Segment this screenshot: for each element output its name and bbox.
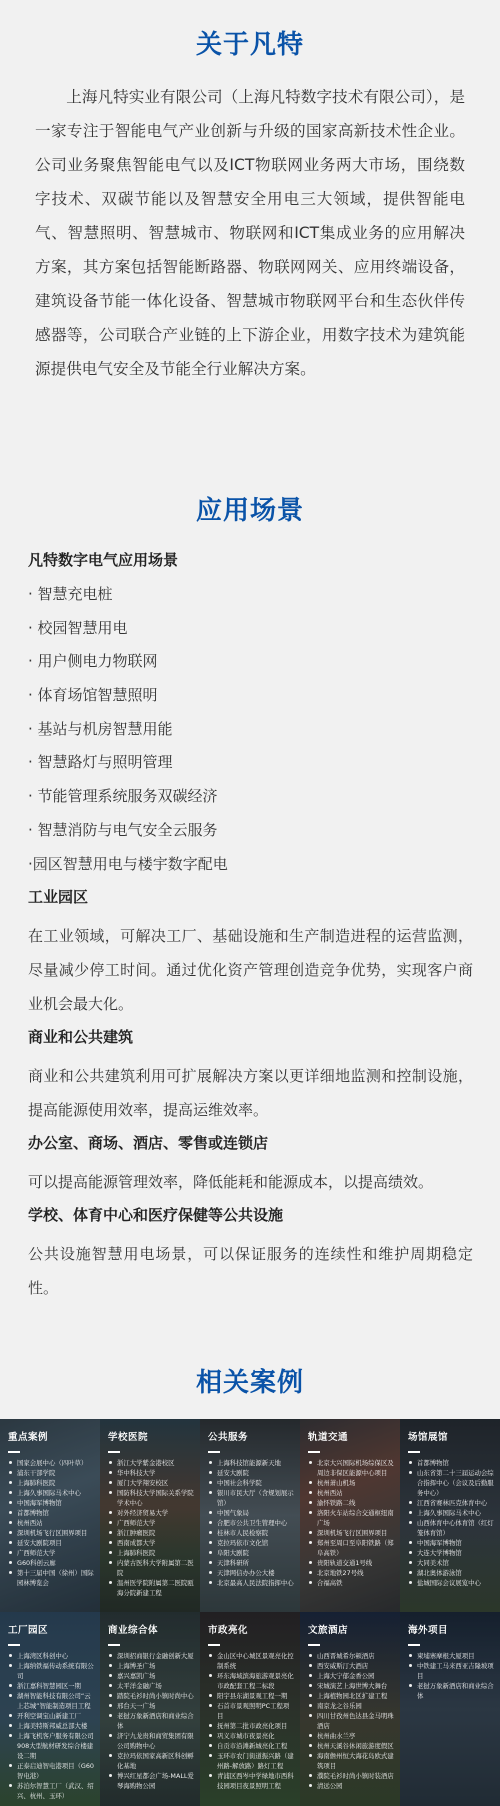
case-list-item: 天津科研所 (208, 1558, 294, 1568)
case-list-item: 首都博物馆 (408, 1458, 494, 1468)
application-bullet: · 智慧充电桩 (28, 582, 473, 616)
case-card-commercial-complex: 商业综合体深圳招商银行金融创新大厦上海博圣广场嘉兴嘉凯广场太平洋金融广场踏院毛衫… (100, 1612, 200, 1806)
case-list-item: 济宁九龙贵和商贸集团有限公司购物中心 (108, 1731, 194, 1751)
case-category-title: 重点案例 (8, 1429, 94, 1443)
case-list-item: 广西师范大学 (8, 1548, 94, 1558)
case-card-schools-hospitals: 学校医院浙江大学紫金港校区华中科技大学厦门大学翔安校区国防科技大学国际关系学院学… (100, 1419, 200, 1612)
case-list-item: 合肥市公共卫生管理中心 (208, 1518, 294, 1528)
divider (408, 1451, 420, 1453)
case-list-item: 厦门大学翔安校区 (108, 1478, 194, 1488)
case-list-item: 贵阳轨道交通1号线 (308, 1558, 394, 1568)
case-list-item: 国家会展中心（四叶草） (8, 1458, 94, 1468)
case-list-item: 阜阳大剧院 (208, 1548, 294, 1558)
case-list-item: 延安大剧院 (208, 1468, 294, 1478)
case-list-item: 北京最高人民法院指挥中心 (208, 1578, 294, 1588)
case-list-item: 杭州萧山机场 (308, 1478, 394, 1488)
case-list-item: 上海久事国际马术中心 (408, 1508, 494, 1518)
case-card-key-cases: 重点案例国家会展中心（四叶草）浦东干部学院上海肺科医院上海久事国际马术中心中国海… (0, 1419, 100, 1612)
application-bullet: · 用户侧电力物联网 (28, 649, 473, 683)
application-bullet: · 节能管理系统服务双碳经济 (28, 784, 473, 818)
case-list-item: 上海植物园北区扩建工程 (308, 1691, 394, 1701)
application-bullet: · 校园智慧用电 (28, 616, 473, 650)
application-bullet: · 体育场馆智慧照明 (28, 683, 473, 717)
case-list-item: 宋城演艺上海世博大舞台 (308, 1681, 394, 1691)
case-list-item: 苏泊尔智慧工厂（武汉、绍兴、杭州、玉环） (8, 1781, 94, 1801)
case-list-item: 山西体育中心体育馆（红灯笼体育馆） (408, 1518, 494, 1538)
case-card-venues-exhibitions: 场馆展馆首都博物馆山东省第二十三届运动会综合指挥中心（会议及后勤服务中心）江西省… (400, 1419, 500, 1612)
case-list-item: 杭州天溪谷休闲旅游度假区 (308, 1741, 394, 1751)
cases-section-title: 相关案例 (0, 1362, 500, 1399)
case-list-item: 广西师范大学 (108, 1518, 194, 1528)
scenario-text-office-retail: 可以提高能源管理效率，降低能耗和能源成本，以提高绩效。 (28, 1165, 473, 1199)
case-list-item: 湖州智能科技有限公司“云上芯城”智能制造项目工程 (8, 1691, 94, 1711)
case-list-item: 中国海军博物馆 (8, 1498, 94, 1508)
case-list-item: 博兴红星都会广场-MALL爱琴海购物公园 (108, 1771, 194, 1791)
case-list-item: 深圳机场飞行区围界项目 (8, 1528, 94, 1538)
case-list-item: 上海肺科医院 (8, 1478, 94, 1488)
case-list-item: 大同美术馆 (408, 1558, 494, 1568)
case-list-item: 西安威斯汀大酒店 (308, 1661, 394, 1671)
case-list-item: 桂林市人民检察院 (208, 1528, 294, 1538)
application-bullet: ·园区智慧用电与楼宇数字配电 (28, 852, 473, 886)
case-list-item: 上海纳铁福传动系统有限公司 (8, 1661, 94, 1681)
scenario-text-commercial: 商业和公共建筑利用可扩展解决方案以更详细地监测和控制设施，提高能源使用效率，提高… (28, 1059, 473, 1127)
case-list-item: 洛阳火车站综合交通枢纽南广场 (308, 1508, 394, 1528)
cases-grid: 重点案例国家会展中心（四叶草）浦东干部学院上海肺科医院上海久事国际马术中心中国海… (0, 1419, 500, 1806)
case-list-item: 老挝万象新酒店和商业综合体 (108, 1711, 194, 1731)
applications-subtitle: 凡特数字电气应用场景 (28, 548, 473, 582)
about-section-title: 关于凡特 (0, 24, 500, 61)
case-list-item: 中铁建工马来西亚吉隆坡项目 (408, 1661, 494, 1681)
case-list-item: 阳宇县东湖景观工程一期 (208, 1691, 294, 1701)
scenario-heading-industrial: 工业园区 (28, 885, 473, 919)
case-list-item: 温州医学院附属第二医院瓯海分院新建工程 (108, 1578, 194, 1598)
case-list-item: 北京地铁27号线 (308, 1568, 394, 1578)
case-list-item: 自贡市沿滩新城亮化工程 (208, 1741, 294, 1751)
case-list-item: 延安大剧院项目 (8, 1538, 94, 1548)
case-card-public-services: 公共服务上海科技馆能源新天地延安大剧院中国社会科学院银川市民大厅（含规划展示馆）… (200, 1419, 300, 1612)
case-list-item: 浙江肿瘤医院 (108, 1528, 194, 1538)
case-list-item: 大连大学博物馆 (408, 1548, 494, 1558)
scenario-text-industrial: 在工业领域，可解决工厂、基础设施和生产制造进程的运营监测，尽量减少停工时间。通过… (28, 919, 473, 1021)
case-list-item: 正泰启迪智电港项目（G60智电港） (8, 1761, 94, 1781)
case-card-culture-tourism-hotels: 文旅酒店山西晋城希尔顿酒店西安威斯汀大酒店上海大宁郁金香公园宋城演艺上海世博大舞… (300, 1612, 400, 1806)
case-list-item: 上海大宁郁金香公园 (308, 1671, 394, 1681)
case-list: 金山区中心城区景观亮化控制系统环东海域滨海旅游观景亮化市政配套工程二标段阳宇县东… (208, 1651, 294, 1791)
case-list-item: 上海科技馆能源新天地 (208, 1458, 294, 1468)
case-list-item: 克拉玛依市文化馆 (208, 1538, 294, 1548)
divider (108, 1644, 120, 1646)
case-category-title: 工厂园区 (8, 1622, 94, 1636)
case-list: 国家会展中心（四叶草）浦东干部学院上海肺科医院上海久事国际马术中心中国海军博物馆… (8, 1458, 94, 1588)
case-list-item: 巩义市城市夜景亮化 (208, 1731, 294, 1741)
case-list: 上海科技馆能源新天地延安大剧院中国社会科学院银川市民大厅（含规划展示馆）中国气象… (208, 1458, 294, 1588)
case-list: 山西晋城希尔顿酒店西安威斯汀大酒店上海大宁郁金香公园宋城演艺上海世博大舞台上海植… (308, 1651, 394, 1791)
case-list-item: 杭州西站 (8, 1518, 94, 1528)
case-list: 深圳招商银行金融创新大厦上海博圣广场嘉兴嘉凯广场太平洋金融广场踏院毛衫时尚小镇时… (108, 1651, 194, 1791)
case-list-item: 对外经济贸易大学 (108, 1508, 194, 1518)
case-list-item: 清远公园 (308, 1781, 394, 1791)
case-category-title: 商业综合体 (108, 1622, 194, 1636)
applications-section-title: 应用场景 (0, 490, 500, 527)
case-list: 柬埔寨摩根大厦项目中铁建工马来西亚吉隆坡项目老挝万象新酒店和商业综合体 (408, 1651, 494, 1701)
case-list-item: 上海博圣广场 (108, 1661, 194, 1671)
case-list-item: 南京龙之谷乐园 (308, 1701, 394, 1711)
scenario-heading-commercial: 商业和公共建筑 (28, 1025, 473, 1059)
case-category-title: 学校医院 (108, 1429, 194, 1443)
case-list-item: 山西晋城希尔顿酒店 (308, 1651, 394, 1661)
case-list-item: 山东省第二十三届运动会综合指挥中心（会议及后勤服务中心） (408, 1468, 494, 1498)
case-list-item: 老挝万象新酒店和商业综合体 (408, 1681, 494, 1701)
divider (308, 1451, 320, 1453)
case-list-item: 抚州第二批市政亮化项目 (208, 1721, 294, 1731)
case-card-factory-parks: 工厂园区上海湾区科创中心上海纳铁福传动系统有限公司浙江嘉科智慧园区一期湖州智能科… (0, 1612, 100, 1806)
case-list: 上海湾区科创中心上海纳铁福传动系统有限公司浙江嘉科智慧园区一期湖州智能科技有限公… (8, 1651, 94, 1801)
case-list-item: 濮院毛衫时尚小镇时装酒店 (308, 1771, 394, 1781)
case-category-title: 场馆展馆 (408, 1429, 494, 1443)
about-description: 上海凡特实业有限公司（上海凡特数字技术有限公司），是一家专注于智能电气产业创新与… (35, 80, 465, 386)
case-list-item: 上海肺科医院 (108, 1548, 194, 1558)
case-list-item: 环东海域滨海旅游观景亮化市政配套工程二标段 (208, 1671, 294, 1691)
case-list-item: 上海美特斯邦威总部大楼 (8, 1721, 94, 1731)
case-category-title: 公共服务 (208, 1429, 294, 1443)
case-list-item: 湖北奥体游泳馆 (408, 1568, 494, 1578)
case-list: 首都博物馆山东省第二十三届运动会综合指挥中心（会议及后勤服务中心）江西省赛林匹克… (408, 1458, 494, 1588)
divider (208, 1451, 220, 1453)
application-bullet: · 基站与机房智慧用能 (28, 717, 473, 751)
case-list-item: 中国气象局 (208, 1508, 294, 1518)
case-list-item: 石首市景观照明PC工程项目 (208, 1701, 294, 1721)
case-list-item: 深圳招商银行金融创新大厦 (108, 1651, 194, 1661)
case-list-item: 玉环市农门街道振兴路（建州路-解放路）路灯工程 (208, 1751, 294, 1771)
case-list-item: 太平洋金融广场 (108, 1681, 194, 1691)
case-list-item: 银川市民大厅（含规划展示馆） (208, 1488, 294, 1508)
case-list-item: 上海久事国际马术中心 (8, 1488, 94, 1498)
applications-content: 凡特数字电气应用场景 · 智慧充电桩 · 校园智慧用电 · 用户侧电力物联网 ·… (28, 548, 473, 1305)
case-list-item: 盐城国际会议展览中心 (408, 1578, 494, 1588)
case-card-overseas-projects: 海外项目柬埔寨摩根大厦项目中铁建工马来西亚吉隆坡项目老挝万象新酒店和商业综合体 (400, 1612, 500, 1806)
scenario-text-public-facilities: 公共设施智慧用电场景，可以保证服务的连续性和维护周期稳定性。 (28, 1237, 473, 1305)
case-list-item: 上海飞机客户服务有限公司908大型航材研发综合楼建设二期 (8, 1731, 94, 1761)
case-list: 浙江大学紫金港校区华中科技大学厦门大学翔安校区国防科技大学国际关系学院学术中心对… (108, 1458, 194, 1598)
divider (108, 1451, 120, 1453)
case-category-title: 市政亮化 (208, 1622, 294, 1636)
case-list-item: 克拉玛依国家高新区科创孵化基地 (108, 1751, 194, 1771)
case-list: 北京大兴国际机场综保区及周边非保区能源中心项目杭州萧山机场杭州西站渝怀铁路二线洛… (308, 1458, 394, 1588)
case-list-item: 内蒙古医科大学附属第二医院 (108, 1558, 194, 1578)
case-list-item: G60科创云廊 (8, 1558, 94, 1568)
case-list-item: 中国海军博物馆 (408, 1538, 494, 1548)
case-list-item: 浙江嘉科智慧园区一期 (8, 1681, 94, 1691)
case-list-item: 海南儋州恒大海花岛欧式建筑项目 (308, 1751, 394, 1771)
divider (8, 1451, 20, 1453)
case-category-title: 轨道交通 (308, 1429, 394, 1443)
case-list-item: 踏院毛衫时尚小镇时尚中心 (108, 1691, 194, 1701)
case-card-background-image (400, 1612, 500, 1806)
application-bullet: · 智慧消防与电气安全云服务 (28, 818, 473, 852)
case-list-item: 江西省赛林匹克体育中心 (408, 1498, 494, 1508)
case-list-item: 郑州至周口至阜阳铁路（郑阜高铁） (308, 1538, 394, 1558)
divider (8, 1644, 20, 1646)
case-list-item: 杭州西站 (308, 1488, 394, 1498)
case-card-rail-transit: 轨道交通北京大兴国际机场综保区及周边非保区能源中心项目杭州萧山机场杭州西站渝怀铁… (300, 1419, 400, 1612)
case-list-item: 合福高铁 (308, 1578, 394, 1588)
case-list-item: 首都博物馆 (8, 1508, 94, 1518)
case-list-item: 四川甘孜州色达县金马明珠酒店 (308, 1711, 394, 1731)
divider (408, 1644, 420, 1646)
case-category-title: 文旅酒店 (308, 1622, 394, 1636)
divider (308, 1644, 320, 1646)
case-list-item: 金山区中心城区景观亮化控制系统 (208, 1651, 294, 1671)
case-list-item: 柬埔寨摩根大厦项目 (408, 1651, 494, 1661)
case-list-item: 天津网信办办公大楼 (208, 1568, 294, 1578)
case-list-item: 华中科技大学 (108, 1468, 194, 1478)
divider (208, 1644, 220, 1646)
case-list-item: 杭州曲水兰亭 (308, 1731, 394, 1741)
case-list-item: 西南成都大学 (108, 1538, 194, 1548)
scenario-heading-public-facilities: 学校、体育中心和医疗保健等公共设施 (28, 1203, 473, 1237)
case-list-item: 嘉兴嘉凯广场 (108, 1671, 194, 1681)
case-list-item: 开利空调宝山新建工厂 (8, 1711, 94, 1721)
case-list-item: 北京大兴国际机场综保区及周边非保区能源中心项目 (308, 1458, 394, 1478)
case-list-item: 渝怀铁路二线 (308, 1498, 394, 1508)
case-list-item: 深圳机场飞行区围界项目 (308, 1528, 394, 1538)
case-list-item: 中国社会科学院 (208, 1478, 294, 1488)
case-list-item: 邢台天一广场 (108, 1701, 194, 1711)
case-category-title: 海外项目 (408, 1622, 494, 1636)
case-card-municipal-lighting: 市政亮化金山区中心城区景观亮化控制系统环东海域滨海旅游观景亮化市政配套工程二标段… (200, 1612, 300, 1806)
application-bullet: · 智慧路灯与照明管理 (28, 750, 473, 784)
case-list-item: 青浦区西岑中学绿地市西科技园项目夜景照明工程 (208, 1771, 294, 1791)
case-list-item: 上海湾区科创中心 (8, 1651, 94, 1661)
case-list-item: 国防科技大学国际关系学院学术中心 (108, 1488, 194, 1508)
case-list-item: 浙江大学紫金港校区 (108, 1458, 194, 1468)
scenario-heading-office-retail: 办公室、商场、酒店、零售或连锁店 (28, 1131, 473, 1165)
case-list-item: 第十三届中国（徐州）国际园林博览会 (8, 1568, 94, 1588)
case-list-item: 浦东干部学院 (8, 1468, 94, 1478)
